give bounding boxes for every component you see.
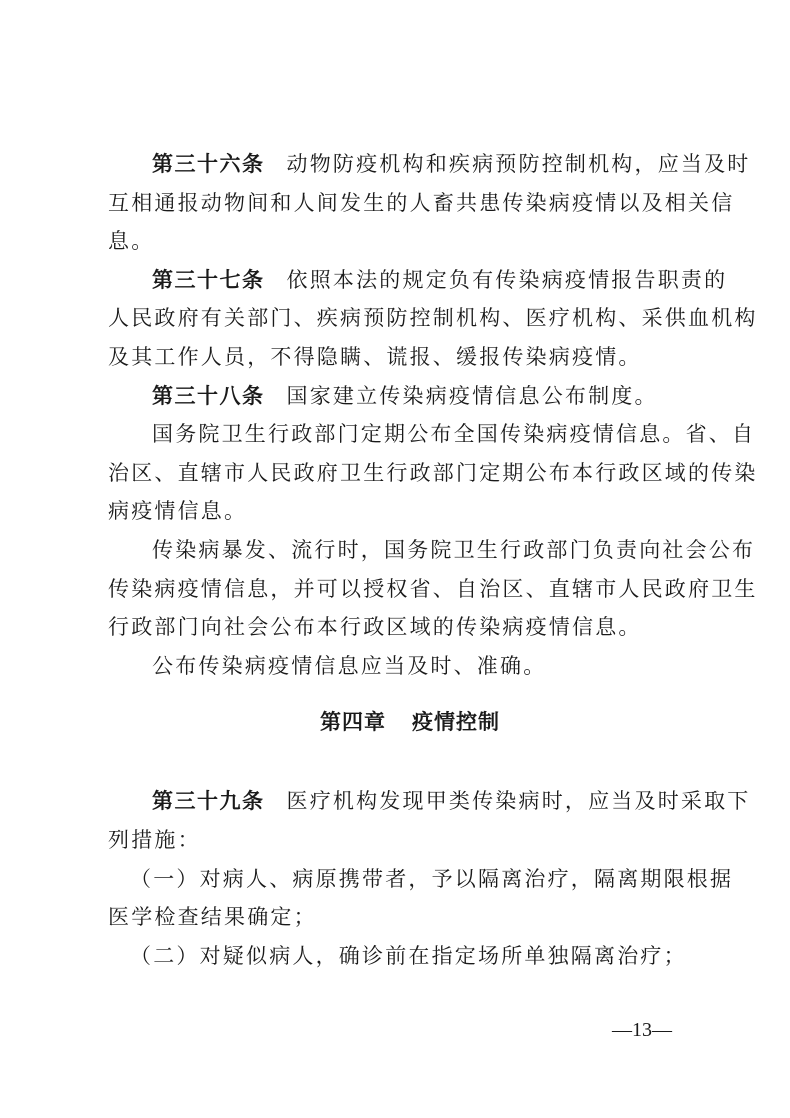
chapter-number: 第四章 [320, 710, 386, 734]
article-text: 传染病暴发、流行时，国务院卫生行政部门负责向社会公布 [152, 538, 755, 562]
article-text: 行政部门向社会公布本行政区域的传染病疫情信息。 [108, 615, 642, 639]
page-number: —13— [612, 1019, 672, 1042]
article-text: 国务院卫生行政部门定期公布全国传染病疫情信息。省、自 [152, 422, 755, 446]
article-text: 依照本法的规定负有传染病疫情报告职责的 [287, 268, 728, 292]
article-text: 公布传染病疫情信息应当及时、准确。 [152, 654, 546, 678]
article-text: 息。 [108, 229, 154, 253]
list-item-text: （一）对病人、病原携带者，予以隔离治疗，隔离期限根据 [130, 867, 733, 891]
article-39: 第三十九条医疗机构发现甲类传染病时，应当及时采取下 列措施： （一）对病人、病原… [108, 782, 692, 975]
article-text: 人民政府有关部门、疾病预防控制机构、医疗机构、采供血机构 [108, 306, 758, 330]
chapter-heading: 第四章疫情控制 [108, 703, 692, 741]
article-38: 第三十八条国家建立传染病疫情信息公布制度。 国务院卫生行政部门定期公布全国传染病… [108, 377, 692, 686]
article-36: 第三十六条动物防疫机构和疾病预防控制机构，应当及时 互相通报动物间和人间发生的人… [108, 145, 692, 261]
article-text: 互相通报动物间和人间发生的人畜共患传染病疫情以及相关信 [108, 191, 734, 215]
article-text: 国家建立传染病疫情信息公布制度。 [287, 384, 658, 408]
article-37: 第三十七条依照本法的规定负有传染病疫情报告职责的 人民政府有关部门、疾病预防控制… [108, 261, 692, 377]
list-item-text: （二）对疑似病人，确诊前在指定场所单独隔离治疗； [130, 944, 687, 968]
chapter-title: 疫情控制 [412, 710, 500, 734]
article-label: 第三十六条 [152, 152, 265, 176]
article-text: 病疫情信息。 [108, 499, 247, 523]
article-label: 第三十九条 [152, 789, 265, 813]
article-text: 传染病疫情信息，并可以授权省、自治区、直辖市人民政府卫生 [108, 577, 758, 601]
article-text: 及其工作人员，不得隐瞒、谎报、缓报传染病疫情。 [108, 345, 642, 369]
document-page: 第三十六条动物防疫机构和疾病预防控制机构，应当及时 互相通报动物间和人间发生的人… [108, 145, 692, 975]
list-item-text: 医学检查结果确定； [108, 905, 317, 929]
article-text: 动物防疫机构和疾病预防控制机构，应当及时 [287, 152, 751, 176]
article-label: 第三十七条 [152, 268, 265, 292]
article-text: 列措施： [108, 828, 201, 852]
article-text: 治区、直辖市人民政府卫生行政部门定期公布本行政区域的传染 [108, 461, 758, 485]
article-text: 医疗机构发现甲类传染病时，应当及时采取下 [287, 789, 751, 813]
article-label: 第三十八条 [152, 384, 265, 408]
